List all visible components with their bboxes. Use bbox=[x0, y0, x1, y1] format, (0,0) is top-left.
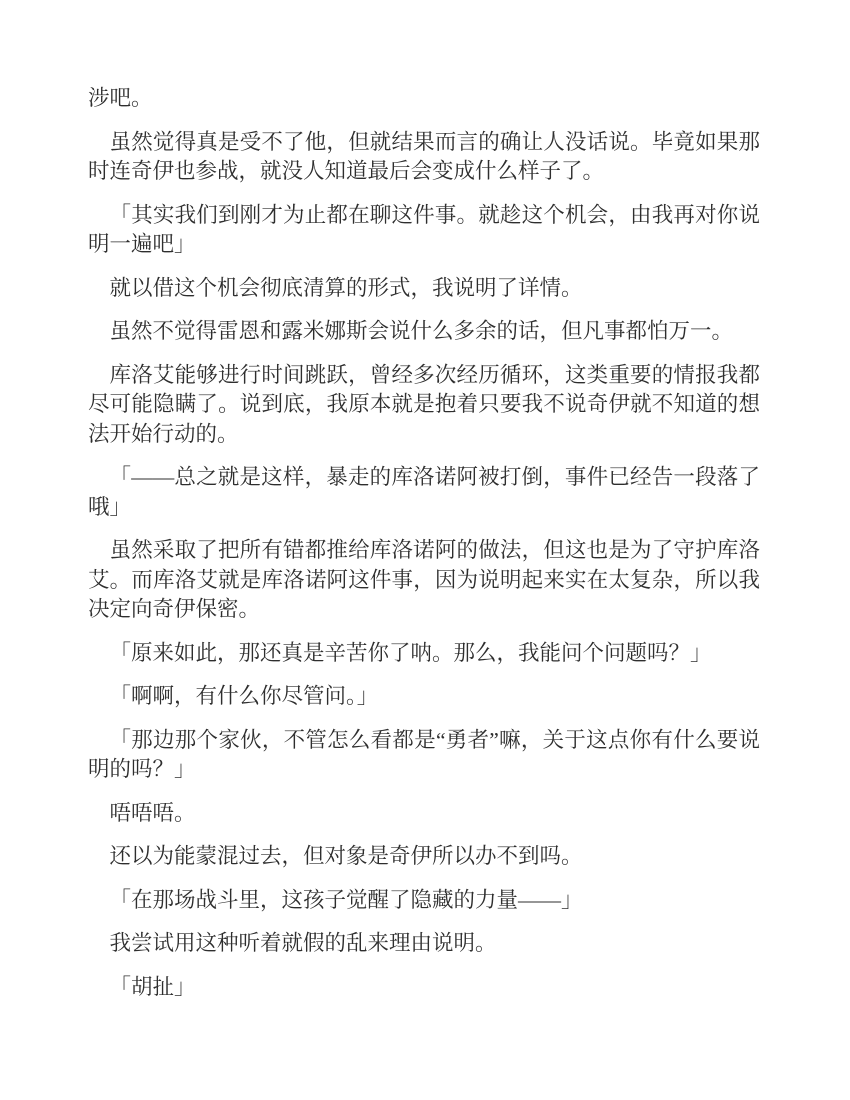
novel-text-body: 涉吧。虽然觉得真是受不了他，但就结果而言的确让人没话说。毕竟如果那时连奇伊也参战… bbox=[88, 84, 760, 1016]
paragraph: 唔唔唔。 bbox=[88, 799, 760, 829]
paragraph: 「其实我们到刚才为止都在聊这件事。就趁这个机会，由我再对你说明一遍吧」 bbox=[88, 201, 760, 260]
paragraph: 「胡扯」 bbox=[88, 973, 760, 1003]
paragraph: 我尝试用这种听着就假的乱来理由说明。 bbox=[88, 929, 760, 959]
paragraph: 涉吧。 bbox=[88, 84, 760, 114]
paragraph: 「在那场战斗里，这孩子觉醒了隐藏的力量——」 bbox=[88, 886, 760, 916]
paragraph: 「原来如此，那还真是辛苦你了呐。那么，我能问个问题吗？」 bbox=[88, 639, 760, 669]
paragraph: 虽然觉得真是受不了他，但就结果而言的确让人没话说。毕竟如果那时连奇伊也参战，就没… bbox=[88, 128, 760, 187]
paragraph: 虽然采取了把所有错都推给库洛诺阿的做法，但这也是为了守护库洛艾。而库洛艾就是库洛… bbox=[88, 536, 760, 625]
paragraph: 「啊啊，有什么你尽管问。」 bbox=[88, 682, 760, 712]
paragraph: 「——总之就是这样，暴走的库洛诺阿被打倒，事件已经告一段落了哦」 bbox=[88, 463, 760, 522]
paragraph: 库洛艾能够进行时间跳跃，曾经多次经历循环，这类重要的情报我都尽可能隐瞒了。说到底… bbox=[88, 361, 760, 450]
paragraph: 还以为能蒙混过去，但对象是奇伊所以办不到吗。 bbox=[88, 842, 760, 872]
paragraph: 就以借这个机会彻底清算的形式，我说明了详情。 bbox=[88, 274, 760, 304]
novel-page: 涉吧。虽然觉得真是受不了他，但就结果而言的确让人没话说。毕竟如果那时连奇伊也参战… bbox=[0, 0, 850, 1100]
paragraph: 虽然不觉得雷恩和露米娜斯会说什么多余的话，但凡事都怕万一。 bbox=[88, 317, 760, 347]
paragraph: 「那边那个家伙，不管怎么看都是“勇者”嘛，关于这点你有什么要说明的吗？」 bbox=[88, 726, 760, 785]
